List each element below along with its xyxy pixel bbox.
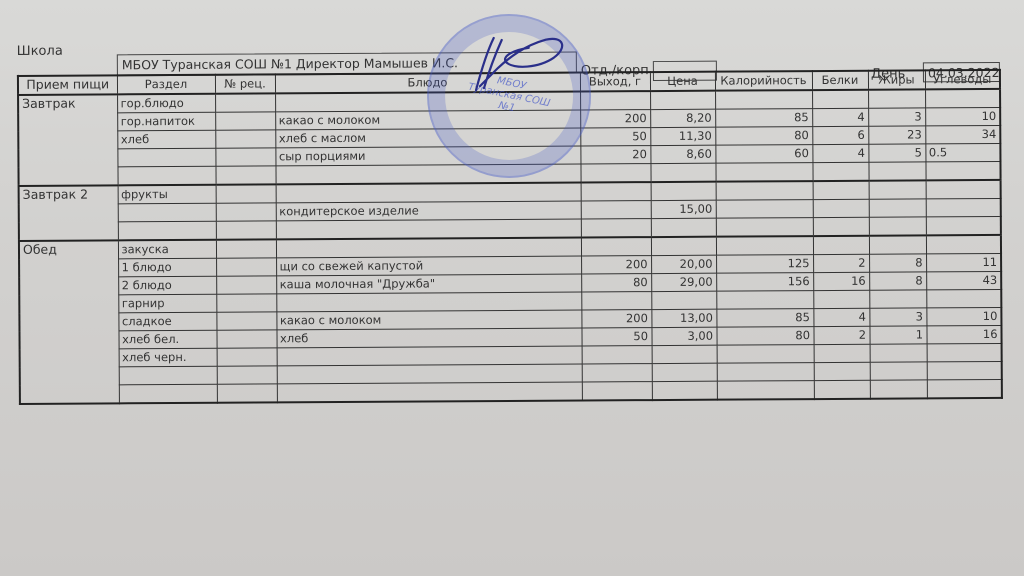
cell-dish [276,219,581,239]
meal-name: Обед [19,240,119,404]
cell-yield: 20 [580,146,650,164]
cell-protein [813,199,869,217]
cell-price: 3,00 [651,327,716,345]
cell-fat [870,344,927,362]
cell-calories [717,381,814,400]
cell-recipe [216,184,276,203]
cell-fat [869,217,926,236]
col-header-recipe: № рец. [215,74,275,93]
cell-price: 11,30 [650,127,715,145]
cell-fat [870,362,927,380]
cell-dish: какао с молоком [276,310,581,330]
cell-fat [869,235,926,254]
cell-dish: каша молочная "Дружба" [276,274,581,294]
cell-fat [870,380,927,399]
cell-calories [715,163,812,182]
cell-section: 1 блюдо [118,258,216,277]
cell-fat [869,290,926,308]
cell-fat [869,180,926,199]
cell-section: гор.напиток [117,112,215,131]
cell-yield [581,292,651,310]
cell-yield [580,91,650,110]
cell-carbs [927,379,1002,398]
cell-price: 13,00 [651,309,716,327]
cell-fat [868,162,925,181]
cell-calories [716,218,813,237]
cell-yield [581,219,651,238]
cell-carbs: 34 [925,125,1000,143]
cell-recipe [215,130,275,148]
cell-carbs [926,180,1001,199]
cell-calories: 85 [716,309,813,328]
col-header-yield: Выход, г [580,72,650,91]
cell-price: 20,00 [651,255,716,273]
cell-price [652,345,717,363]
cell-calories [715,90,812,109]
cell-section [119,384,217,403]
cell-yield: 200 [581,256,651,274]
cell-section: фрукты [118,185,216,204]
cell-recipe [216,330,276,348]
cell-yield [582,382,652,401]
cell-carbs [926,198,1001,216]
cell-protein [814,362,870,380]
cell-calories [717,345,814,364]
cell-section: гор.блюдо [117,94,215,113]
cell-yield [581,201,651,219]
cell-recipe [217,366,277,384]
cell-section: закуска [118,240,216,259]
col-header-protein: Белки [812,71,868,90]
cell-carbs [926,289,1001,307]
cell-protein: 2 [813,254,869,272]
cell-yield [581,182,651,201]
cell-fat [869,199,926,217]
cell-recipe [216,221,276,240]
cell-carbs: 10 [925,107,1000,125]
cell-recipe [216,239,276,258]
cell-protein [812,162,868,181]
cell-protein: 4 [812,144,868,162]
menu-sheet: Школа МБОУ Туранская СОШ №1 Директор Мам… [0,0,1024,576]
cell-recipe [216,294,276,312]
cell-dish [276,183,581,203]
cell-protein: 4 [813,308,869,326]
cell-calories [716,181,813,200]
cell-protein [812,90,868,109]
cell-protein: 2 [813,326,869,344]
col-header-dish: Блюдо [275,73,580,94]
cell-dish: хлеб [276,328,581,348]
cell-recipe [217,348,277,366]
meal-name: Завтрак 2 [19,185,118,241]
cell-dish: сыр порциями [275,146,580,166]
cell-calories: 85 [715,109,812,128]
cell-recipe [216,276,276,294]
menu-table-body: Завтракгор.блюдогор.напитоккакао с молок… [18,89,1002,404]
cell-calories: 125 [716,255,813,274]
cell-fat [868,89,925,108]
cell-recipe [216,258,276,276]
cell-fat: 3 [869,308,926,326]
school-label: Школа [17,44,63,59]
cell-yield: 200 [580,110,650,128]
cell-section [119,366,217,385]
cell-protein: 6 [812,126,868,144]
cell-recipe [215,148,275,166]
col-header-carbs: Углеводы [925,70,1000,89]
cell-section: гарнир [118,294,216,313]
cell-price [651,237,716,256]
cell-price: 8,20 [650,109,715,127]
cell-price [650,91,715,110]
cell-recipe [216,203,276,221]
cell-price [650,163,715,182]
cell-calories: 80 [716,327,813,346]
cell-dish [275,92,580,112]
col-header-meal: Прием пищи [18,75,117,95]
cell-yield [582,346,652,364]
col-header-fat: Жиры [868,70,925,89]
cell-dish [277,346,582,366]
cell-calories: 80 [715,127,812,146]
cell-section: сладкое [118,312,216,331]
cell-carbs [925,161,1000,180]
cell-fat: 8 [869,272,926,290]
cell-carbs [926,216,1001,235]
cell-carbs [925,89,1000,108]
cell-carbs: 11 [926,253,1001,271]
cell-dish: какао с молоком [275,110,580,130]
cell-dish [276,238,581,258]
cell-protein: 16 [813,272,869,290]
cell-carbs [926,235,1001,254]
cell-recipe [215,166,275,185]
cell-calories [716,200,813,219]
cell-recipe [217,384,277,403]
cell-fat: 5 [868,144,925,162]
cell-price: 8,60 [650,145,715,163]
cell-yield [580,164,650,183]
cell-fat: 3 [868,108,925,126]
cell-protein [813,290,869,308]
cell-dish: хлеб с маслом [275,128,580,148]
col-header-section: Раздел [117,75,215,95]
cell-carbs: 0.5 [925,143,1000,161]
cell-section [117,166,215,185]
cell-price: 15,00 [651,200,716,218]
cell-price [652,381,717,400]
cell-dish [275,164,580,184]
cell-yield [582,364,652,382]
cell-fat: 1 [869,326,926,344]
cell-price: 29,00 [651,273,716,291]
cell-price [651,291,716,309]
cell-fat: 8 [869,254,926,272]
cell-protein [814,344,870,362]
cell-section: хлеб черн. [119,348,217,367]
cell-protein [814,380,870,399]
cell-section [118,221,216,240]
cell-carbs: 16 [926,325,1001,343]
cell-fat: 23 [868,126,925,144]
menu-table: Прием пищи Раздел № рец. Блюдо Выход, г … [17,69,1003,405]
cell-dish: щи со свежей капустой [276,256,581,276]
cell-price [651,218,716,237]
cell-dish [276,292,581,312]
cell-recipe [215,112,275,130]
cell-dish [277,364,582,384]
cell-calories [716,236,813,255]
cell-protein [813,217,869,236]
col-header-price: Цена [650,72,715,91]
cell-carbs: 10 [926,307,1001,325]
col-header-calories: Калорийность [715,71,812,91]
cell-calories [716,291,813,310]
cell-recipe [216,312,276,330]
cell-recipe [215,93,275,112]
cell-protein: 4 [812,108,868,126]
cell-price [651,182,716,201]
cell-carbs [927,343,1002,361]
cell-section: хлеб [117,130,215,149]
cell-section: 2 блюдо [118,276,216,295]
cell-price [652,363,717,381]
cell-yield: 50 [580,128,650,146]
cell-section: хлеб бел. [118,330,216,349]
cell-protein [813,236,869,255]
meal-name: Завтрак [18,94,118,186]
cell-section [118,203,216,222]
cell-section [117,148,215,167]
cell-dish [277,382,582,402]
cell-carbs: 43 [926,271,1001,289]
cell-calories: 156 [716,273,813,292]
cell-yield: 50 [581,328,651,346]
cell-protein [813,181,869,200]
cell-yield [581,237,651,256]
cell-dish: кондитерское изделие [276,201,581,221]
cell-carbs [927,361,1002,379]
cell-calories: 60 [715,145,812,164]
cell-yield: 80 [581,274,651,292]
cell-calories [717,363,814,382]
cell-yield: 200 [581,310,651,328]
